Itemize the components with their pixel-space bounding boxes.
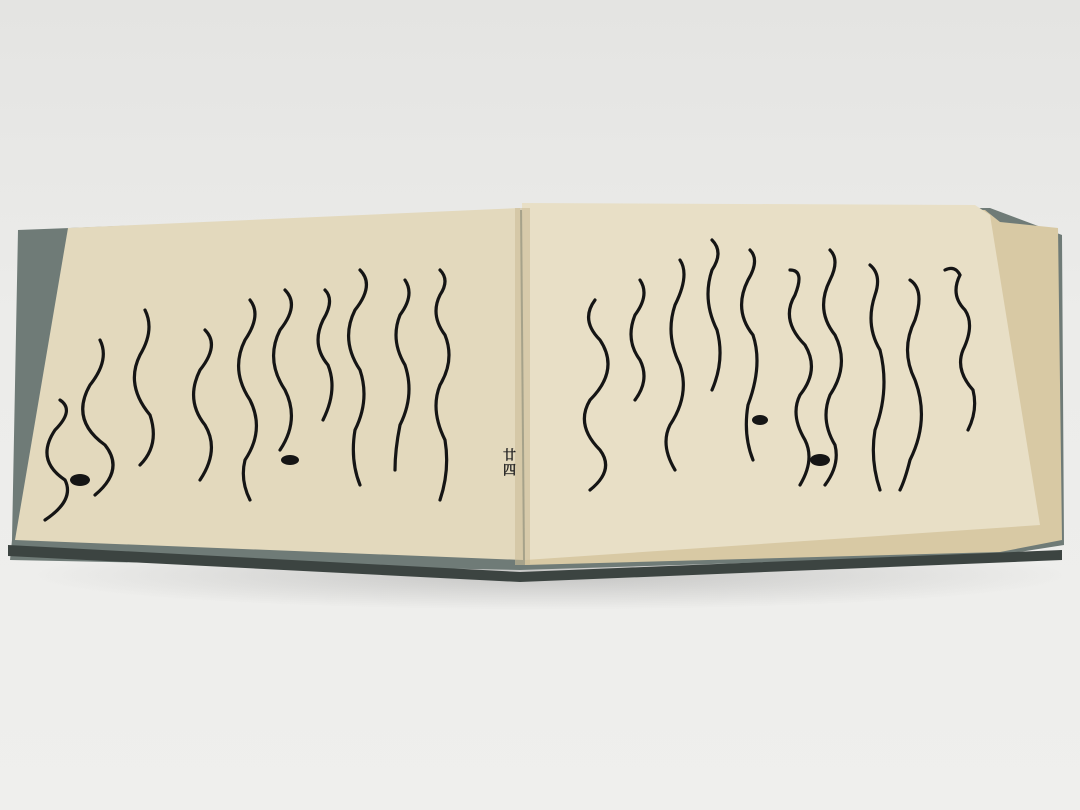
right-page bbox=[522, 203, 1040, 560]
page-number: 廿四 bbox=[498, 448, 517, 478]
open-book bbox=[0, 0, 1080, 810]
